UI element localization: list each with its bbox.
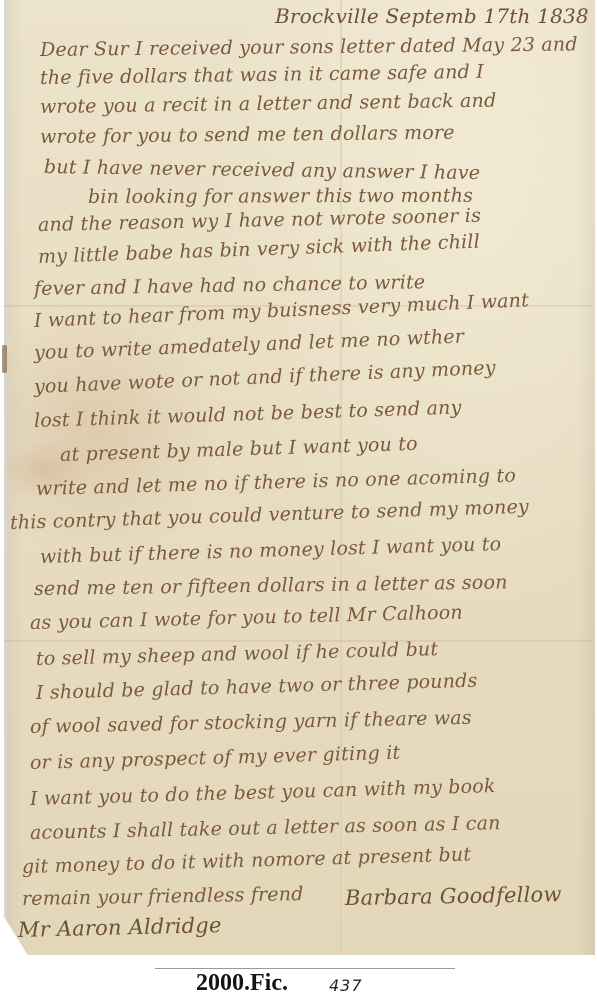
catalog-label-divider <box>155 968 455 969</box>
catalog-label: 2000.Fic. <box>196 970 288 997</box>
signature: Barbara Goodfellow <box>345 882 562 910</box>
catalog-number: 437 <box>329 976 363 995</box>
edge-ink-mark <box>2 345 7 373</box>
letter-line: wrote for you to send me ten dollars mor… <box>40 122 455 148</box>
letter-line: bin looking for answer this two months <box>88 185 473 208</box>
addressee: Mr Aaron Aldridge <box>18 913 222 942</box>
place-date-heading: Brockville Septemb 17th 1838 <box>275 4 589 28</box>
